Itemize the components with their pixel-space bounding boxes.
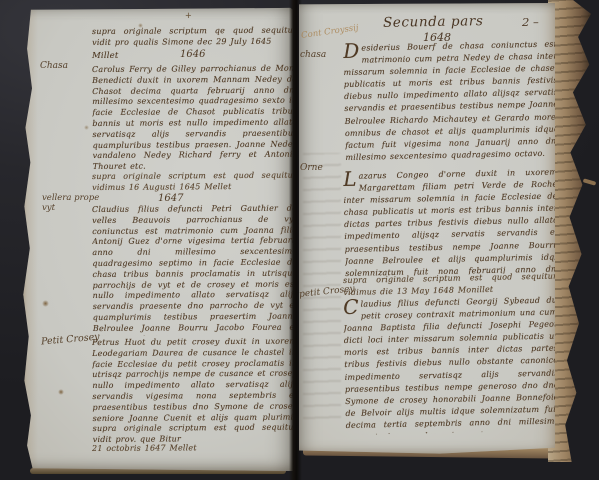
left-page: + Chasa vellera prope vyt Petit Crosey s…: [20, 7, 293, 471]
entry-body: Claudius filius defuncti Georgij Sybeaud…: [343, 295, 560, 435]
year-heading-1646: 1646: [180, 49, 205, 60]
entry-initial: C: [343, 299, 359, 316]
stain: [84, 125, 89, 130]
attestation-top: supra originale scriptum qe quod sequitu…: [92, 26, 297, 51]
archival-scan-viewport: + Chasa vellera prope vyt Petit Crosey s…: [0, 0, 599, 480]
margin-note-chasa: Chasa: [40, 61, 68, 71]
margin-note-chasa: chasa: [300, 50, 326, 60]
section-heading: Secunda pars: [383, 13, 484, 31]
entry-attestation-date: 21 octobris 1647 Mellet: [92, 443, 297, 456]
entry-initial: L: [343, 171, 357, 188]
stain: [58, 389, 64, 395]
paper-fiber: [583, 178, 597, 185]
entry-attestation: supra originale scriptum est quod sequit…: [92, 171, 297, 194]
folio-mark: +: [185, 11, 192, 20]
entry-initial: D: [343, 43, 360, 60]
attestation-signature: Millet: [92, 51, 119, 61]
entry-body: Claudius filius defuncti Petri Gauthier …: [92, 204, 298, 336]
entry-body: Petrus Huot du petit crosey duxit in uxo…: [92, 337, 298, 444]
page-number: 2 –: [522, 15, 539, 29]
entry-body: Lazarus Congeo d'orne duxit in uxorem Ma…: [343, 167, 559, 277]
faded-ink-note: Cont Croyssij: [301, 23, 360, 41]
entry-body: Desiderius Bouerf de chasa coniunctus es…: [343, 39, 560, 169]
stain: [42, 300, 49, 307]
year-heading-1647: 1647: [158, 193, 183, 204]
margin-note-orne: Orne: [300, 163, 323, 173]
right-page: Cont Croyssij Secunda pars 1648 2 – chas…: [299, 3, 555, 455]
entry-body: Carolus Ferry de Gilley parrochianus de …: [92, 64, 298, 172]
